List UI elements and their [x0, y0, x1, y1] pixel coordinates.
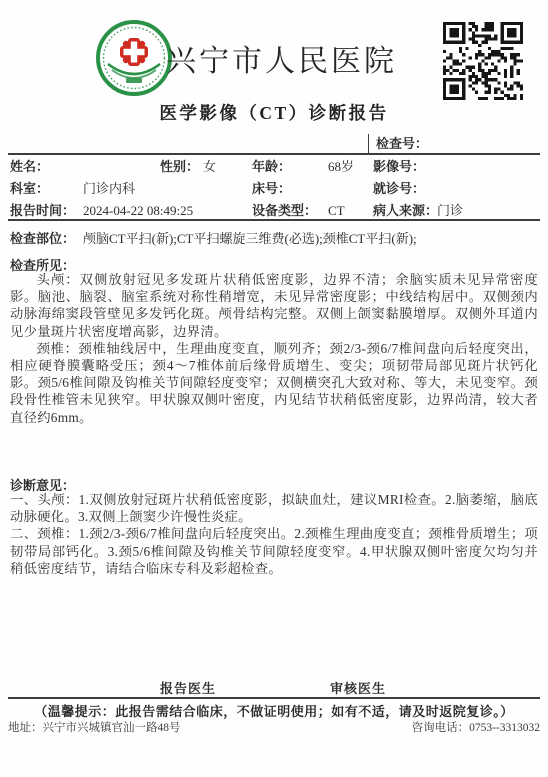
findings-paragraph-cspine: 颈椎：颈椎轴线居中，生理曲度变直，顺列齐；颈2/3-颈6/7椎间盘向后轻度突出，… — [10, 340, 538, 426]
findings-text: 头颅：双侧放射冠见多发斑片状稍低密度影，边界不清；余脑实质未见异常密度影。脑池、… — [10, 271, 538, 426]
report-doctor-label: 报告医生 — [160, 678, 216, 697]
phone: 咨询电话：0753--3313032 — [412, 719, 540, 735]
ct-report-page: 兴宁市人民医院 医学影像（CT）诊断报告 检查号： 姓名： 性别： 女 年龄： … — [0, 0, 548, 777]
device-type-label: 设备类型： — [252, 201, 317, 221]
exam-site-value: 颅脑CT平扫(新);CT平扫螺旋三维费(必选);颈椎CT平扫(新); — [83, 229, 417, 249]
patient-source-label: 病人来源： — [373, 201, 438, 221]
qr-code — [443, 22, 523, 100]
address: 地址：兴宁市兴城镇官汕一路48号 — [8, 719, 181, 735]
age-label: 年龄： — [252, 157, 291, 177]
age-value: 68岁 — [328, 157, 354, 177]
hospital-logo-icon — [96, 20, 172, 96]
image-no-label: 影像号： — [373, 157, 425, 177]
report-title: 医学影像（CT）诊断报告 — [0, 100, 548, 125]
hospital-name: 兴宁市人民医院 — [166, 36, 397, 80]
report-time-value: 2024-04-22 08:49:25 — [83, 201, 193, 221]
footer-address-row: 地址：兴宁市兴城镇官汕一路48号 咨询电话：0753--3313032 — [8, 719, 540, 735]
review-doctor-label: 审核医生 — [330, 678, 386, 697]
diagnosis-paragraph-head: 一、头颅：1.双侧放射冠斑片状稍低密度影，拟缺血灶，建议MRI检查。2.脑萎缩，… — [10, 491, 538, 525]
department-value: 门诊内科 — [83, 179, 135, 199]
department-label: 科室： — [10, 179, 49, 199]
findings-paragraph-head: 头颅：双侧放射冠见多发斑片状稍低密度影，边界不清；余脑实质未见异常密度影。脑池、… — [10, 271, 538, 340]
gender-label: 性别： — [160, 157, 199, 177]
phone-label: 咨询电话： — [412, 722, 470, 734]
divider-top — [8, 153, 540, 155]
exam-site-label: 检查部位： — [10, 229, 75, 249]
divider-table-bottom — [8, 219, 540, 221]
footer-notice: （温馨提示：此报告需结合临床，不做证明使用；如有不适，请及时返院复诊。） — [0, 701, 548, 720]
address-label: 地址： — [8, 722, 43, 734]
patient-source-value: 门诊 — [437, 201, 463, 221]
exam-no-label: 检查号： — [368, 134, 428, 153]
visit-no-label: 就诊号： — [373, 179, 425, 199]
device-type-value: CT — [328, 201, 345, 221]
patient-name-label: 姓名： — [10, 157, 49, 177]
report-time-label: 报告时间： — [10, 201, 75, 221]
address-value: 兴宁市兴城镇官汕一路48号 — [43, 722, 181, 734]
bed-no-label: 床号： — [252, 179, 291, 199]
divider-footer — [8, 697, 540, 699]
gender-value: 女 — [203, 157, 216, 177]
diagnosis-text: 一、头颅：1.双侧放射冠斑片状稍低密度影，拟缺血灶，建议MRI检查。2.脑萎缩，… — [10, 491, 538, 577]
phone-value: 0753--3313032 — [469, 722, 540, 734]
diagnosis-paragraph-cspine: 二、颈椎：1.颈2/3-颈6/7椎间盘向后轻度突出。2.颈椎生理曲度变直；颈椎骨… — [10, 525, 538, 577]
